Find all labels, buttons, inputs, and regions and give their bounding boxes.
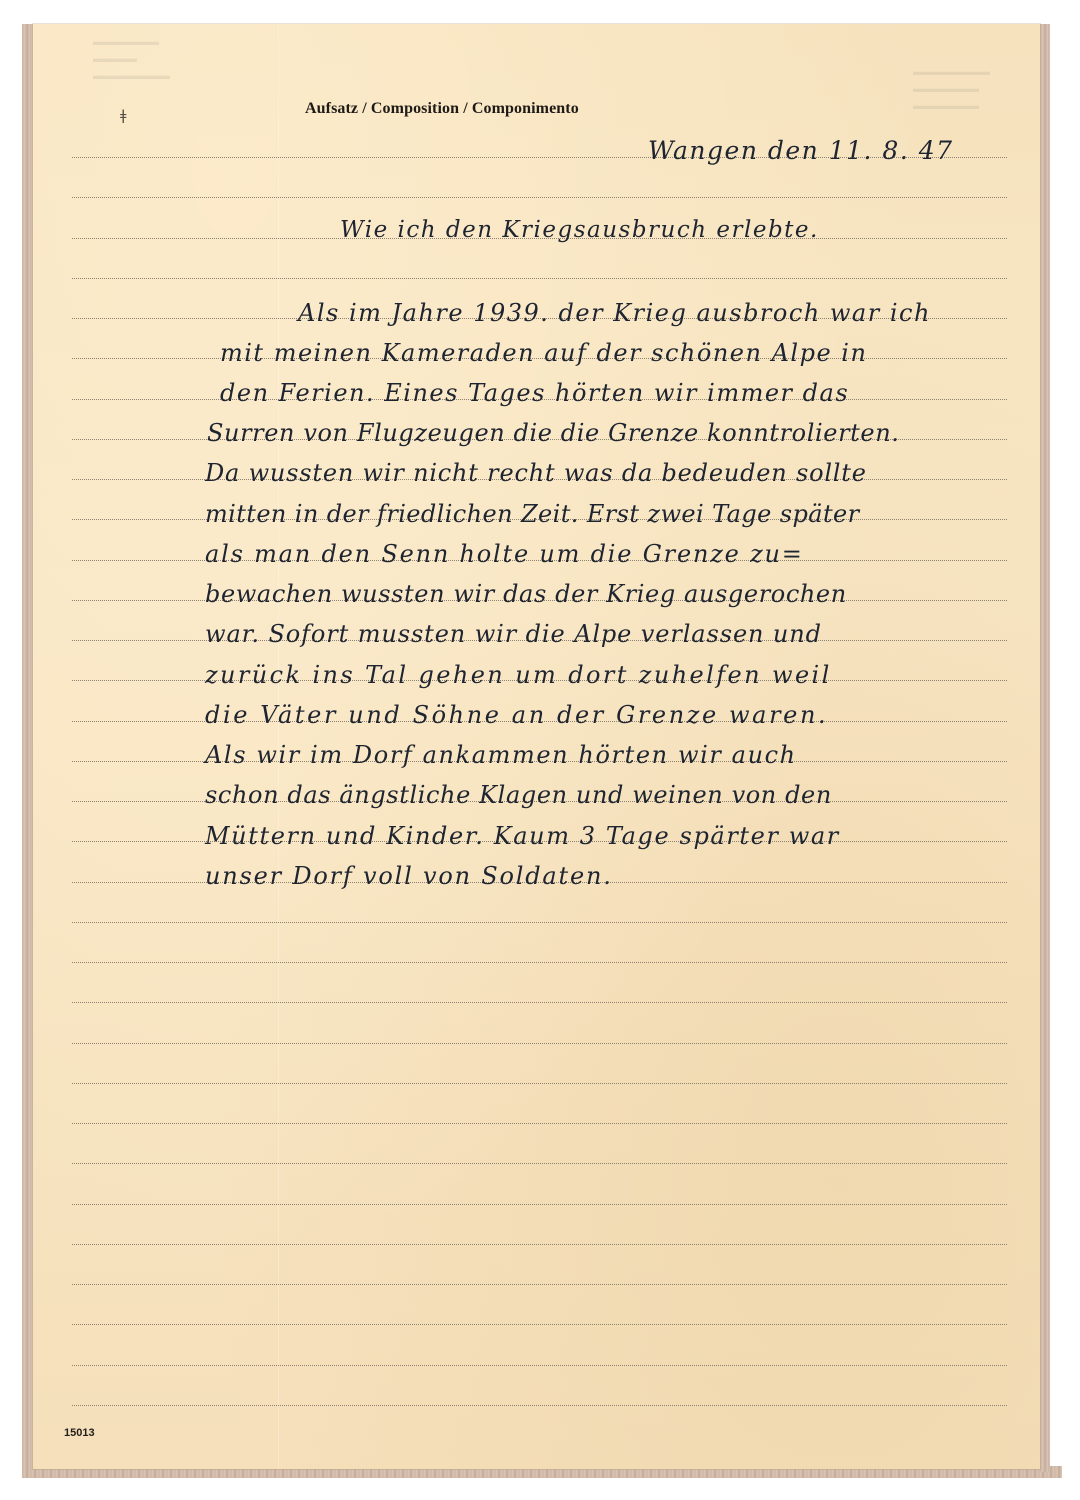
ruled-line [72, 1083, 1007, 1084]
place-date: Wangen den 11. 8. 47 [648, 138, 954, 163]
essay-line: als man den Senn holte um die Grenze zu= [205, 542, 804, 566]
ruled-line [72, 1043, 1007, 1044]
essay-line: Surren von Flugzeugen die die Grenze kon… [207, 421, 900, 445]
essay-title: Wie ich den Kriegsausbruch erlebte. [340, 219, 819, 242]
bleed-through-text: ▬▬▬▬▬▬ ▬▬▬▬ ▬▬▬▬▬▬▬ [93, 34, 170, 85]
form-number: 15013 [64, 1427, 95, 1439]
ruled-line [72, 278, 1007, 279]
ruled-line [72, 1365, 1007, 1366]
form-title: Aufsatz / Composition / Componimento [305, 100, 579, 118]
essay-line: Als wir im Dorf ankammen hörten wir auch [205, 743, 797, 767]
essay-line: unser Dorf voll von Soldaten. [205, 864, 613, 888]
essay-line: den Ferien. Eines Tages hörten wir immer… [220, 381, 849, 405]
ruled-line [72, 1324, 1007, 1325]
essay-line: Als im Jahre 1939. der Krieg ausbroch wa… [298, 301, 931, 325]
ruled-line [72, 922, 1007, 923]
ruled-line [72, 1284, 1007, 1285]
essay-line: zurück ins Tal gehen um dort zuhelfen we… [205, 663, 832, 687]
essay-line: schon das ängstliche Klagen und weinen v… [205, 783, 832, 807]
essay-line: war. Sofort mussten wir die Alpe verlass… [205, 622, 822, 646]
essay-line: mitten in der friedlichen Zeit. Erst zwe… [205, 502, 859, 526]
ruled-line [72, 1002, 1007, 1003]
ruled-line [72, 197, 1007, 198]
ruled-line [72, 1163, 1007, 1164]
ruled-line [72, 1204, 1007, 1205]
page-edge-right [1040, 24, 1050, 1472]
essay-line: mit meinen Kameraden auf der schönen Alp… [220, 341, 867, 365]
ruled-line [72, 1405, 1007, 1406]
ruled-line [72, 1244, 1007, 1245]
bleed-through-text: ▬▬▬▬▬▬▬ ▬▬▬▬▬▬ ▬▬▬▬▬▬ [913, 64, 990, 115]
ruled-line [72, 962, 1007, 963]
essay-line: die Väter und Söhne an der Grenze waren. [205, 703, 828, 727]
pencil-mark: ǂ [120, 108, 126, 124]
essay-line: Da wussten wir nicht recht was da bedeud… [205, 461, 867, 485]
ruled-line [72, 1123, 1007, 1124]
essay-line: Müttern und Kinder. Kaum 3 Tage spärter … [205, 824, 840, 848]
essay-line: bewachen wussten wir das der Krieg ausge… [205, 582, 847, 606]
